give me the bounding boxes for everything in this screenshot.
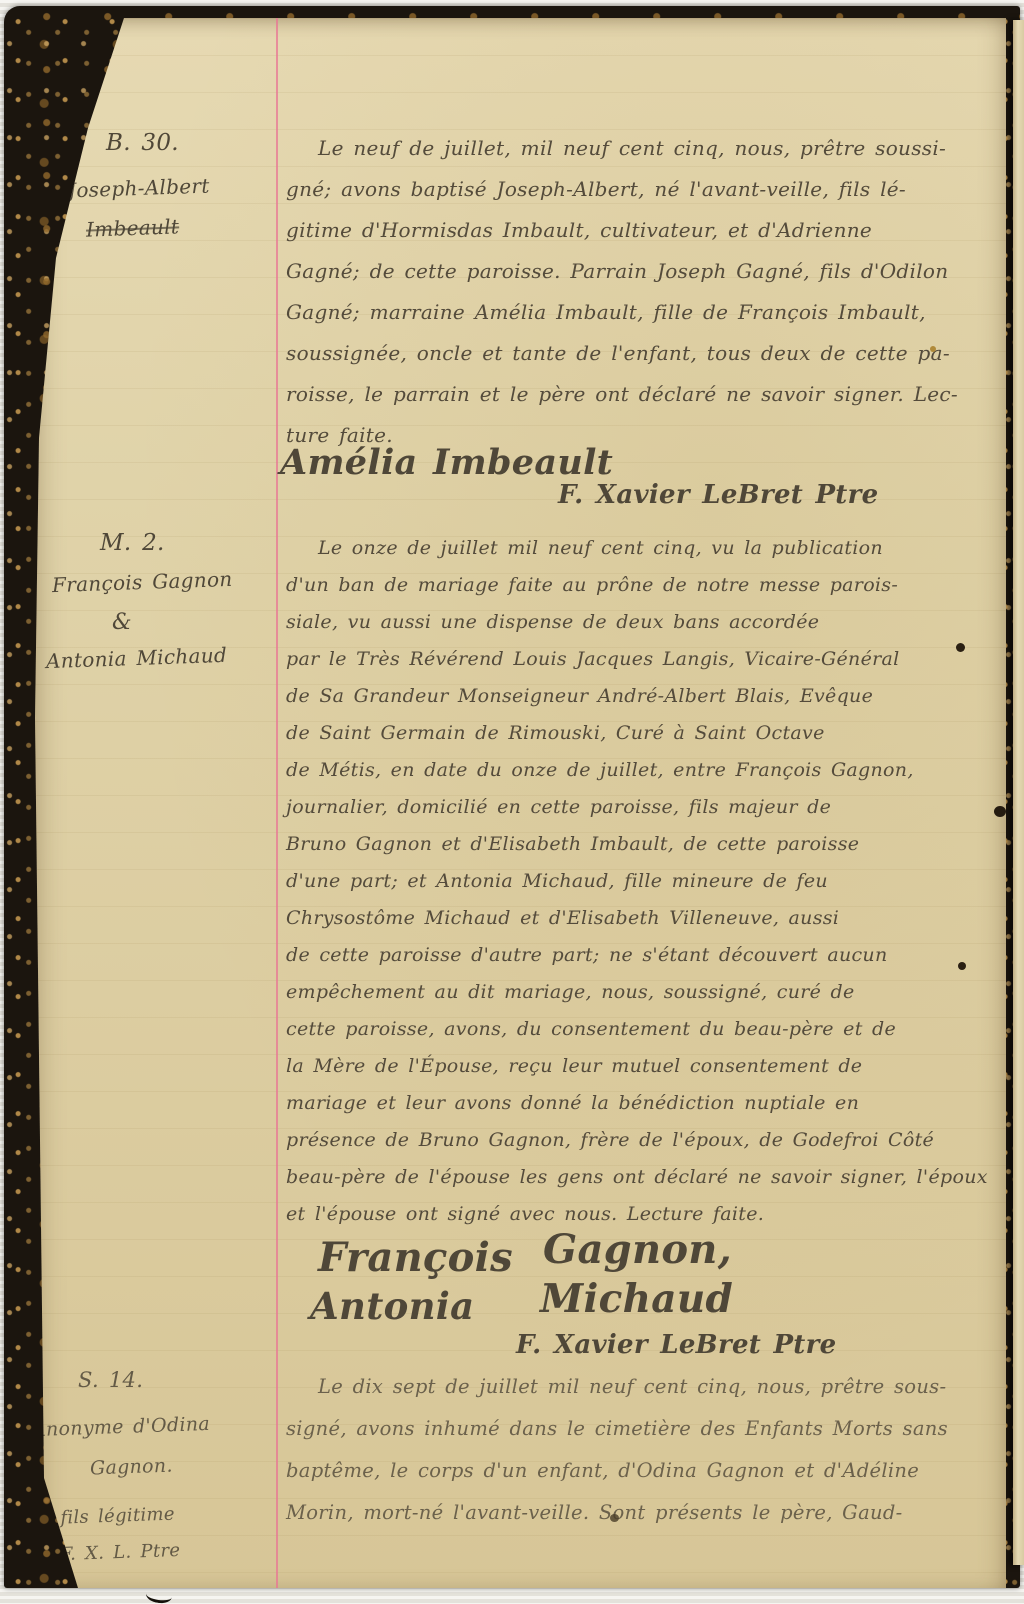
margin-name-line: Joseph-Albert <box>68 174 210 203</box>
record-line: baptême, le corps d'un enfant, d'Odina G… <box>286 1450 1020 1492</box>
record-line: la Mère de l'Épouse, reçu leur mutuel co… <box>286 1048 1008 1085</box>
next-page-edge <box>1013 20 1024 1565</box>
margin-entry-number: M. 2. <box>100 530 165 556</box>
record-line: présence de Bruno Gagnon, frère de l'épo… <box>286 1122 1008 1159</box>
signature-groom-firstname: François <box>318 1234 513 1281</box>
record-line: de Saint Germain de Rimouski, Curé à Sai… <box>286 715 1008 752</box>
record-line: Le onze de juillet mil neuf cent cinq, v… <box>286 530 1008 567</box>
record-line: d'un ban de mariage faite au prône de no… <box>286 567 1008 604</box>
record-line: de Sa Grandeur Monseigneur André-Albert … <box>286 678 1008 715</box>
margin-name-line: Anonyme d'Odina <box>32 1413 211 1441</box>
ink-smudge <box>610 1514 619 1522</box>
ink-stain <box>956 643 965 652</box>
record-body-text: Le dix sept de juillet mil neuf cent cin… <box>286 1366 1020 1534</box>
record-line: mariage et leur avons donné la bénédicti… <box>286 1085 1008 1122</box>
record-body-text: Le neuf de juillet, mil neuf cent cinq, … <box>286 128 1008 456</box>
margin-entry-number: S. 14. <box>78 1368 143 1392</box>
margin-bride-name: Antonia Michaud <box>46 643 228 673</box>
signature-bride-surname: Michaud <box>540 1276 733 1322</box>
record-line: Le neuf de juillet, mil neuf cent cinq, … <box>286 128 1008 169</box>
record-line: siale, vu aussi une dispense de deux ban… <box>286 604 1008 641</box>
register-page-paper: B. 30. Joseph-Albert Imbeault Le neuf de… <box>28 18 1006 1588</box>
record-line: beau-père de l'épouse les gens ont décla… <box>286 1159 1008 1196</box>
signature-bride-firstname: Antonia <box>310 1284 474 1328</box>
margin-priest-initials: F. X. L. Ptre <box>60 1540 181 1565</box>
signature-priest: F. Xavier LeBret Ptre <box>558 480 878 510</box>
record-line: d'une part; et Antonia Michaud, fille mi… <box>286 863 1008 900</box>
stray-mark-below-page <box>145 1586 173 1604</box>
margin-name-line-corrected: Imbeault <box>86 214 180 241</box>
record-line: Le dix sept de juillet mil neuf cent cin… <box>286 1366 1020 1408</box>
record-line: Chrysostôme Michaud et d'Elisabeth Ville… <box>286 900 1008 937</box>
signature-groom-surname: Gagnon, <box>543 1226 732 1273</box>
margin-groom-name: François Gagnon <box>52 567 233 597</box>
record-line: Gagné; de cette paroisse. Parrain Joseph… <box>286 251 1008 292</box>
record-line: gné; avons baptisé Joseph-Albert, né l'a… <box>286 169 1008 210</box>
record-line: signé, avons inhumé dans le cimetière de… <box>286 1408 1020 1450</box>
record-line: Bruno Gagnon et d'Elisabeth Imbault, de … <box>286 826 1008 863</box>
record-line: par le Très Révérend Louis Jacques Langi… <box>286 641 1008 678</box>
record-line: gitime d'Hormisdas Imbault, cultivateur,… <box>286 210 1008 251</box>
record-line: Gagné; marraine Amélia Imbault, fille de… <box>286 292 1008 333</box>
pink-margin-rule-line <box>276 18 278 1588</box>
record-body-text: Le onze de juillet mil neuf cent cinq, v… <box>286 530 1008 1233</box>
margin-ampersand: & <box>112 610 132 635</box>
record-line: de Métis, en date du onze de juillet, en… <box>286 752 1008 789</box>
margin-name-line: Gagnon. <box>90 1455 173 1480</box>
scanned-register-photo: { "register": { "page_kind": "parish-reg… <box>0 0 1024 1604</box>
record-line: empêchement au dit mariage, nous, soussi… <box>286 974 1008 1011</box>
record-line: roisse, le parrain et le père ont déclar… <box>286 374 1008 415</box>
record-line: Morin, mort-né l'avant-veille. Sont prés… <box>286 1492 1020 1534</box>
signature-amelia-imbeault: Amélia Imbeault <box>280 442 613 483</box>
record-line: journalier, domicilié en cette paroisse,… <box>286 789 1008 826</box>
fox-spot <box>930 346 936 352</box>
record-line: soussignée, oncle et tante de l'enfant, … <box>286 333 1008 374</box>
margin-entry-number: B. 30. <box>106 130 179 156</box>
ink-stain <box>958 962 966 970</box>
record-line: cette paroisse, avons, du consentement d… <box>286 1011 1008 1048</box>
signature-priest: F. Xavier LeBret Ptre <box>516 1330 836 1360</box>
record-line: de cette paroisse d'autre part; ne s'éta… <box>286 937 1008 974</box>
ink-stain <box>994 806 1006 817</box>
